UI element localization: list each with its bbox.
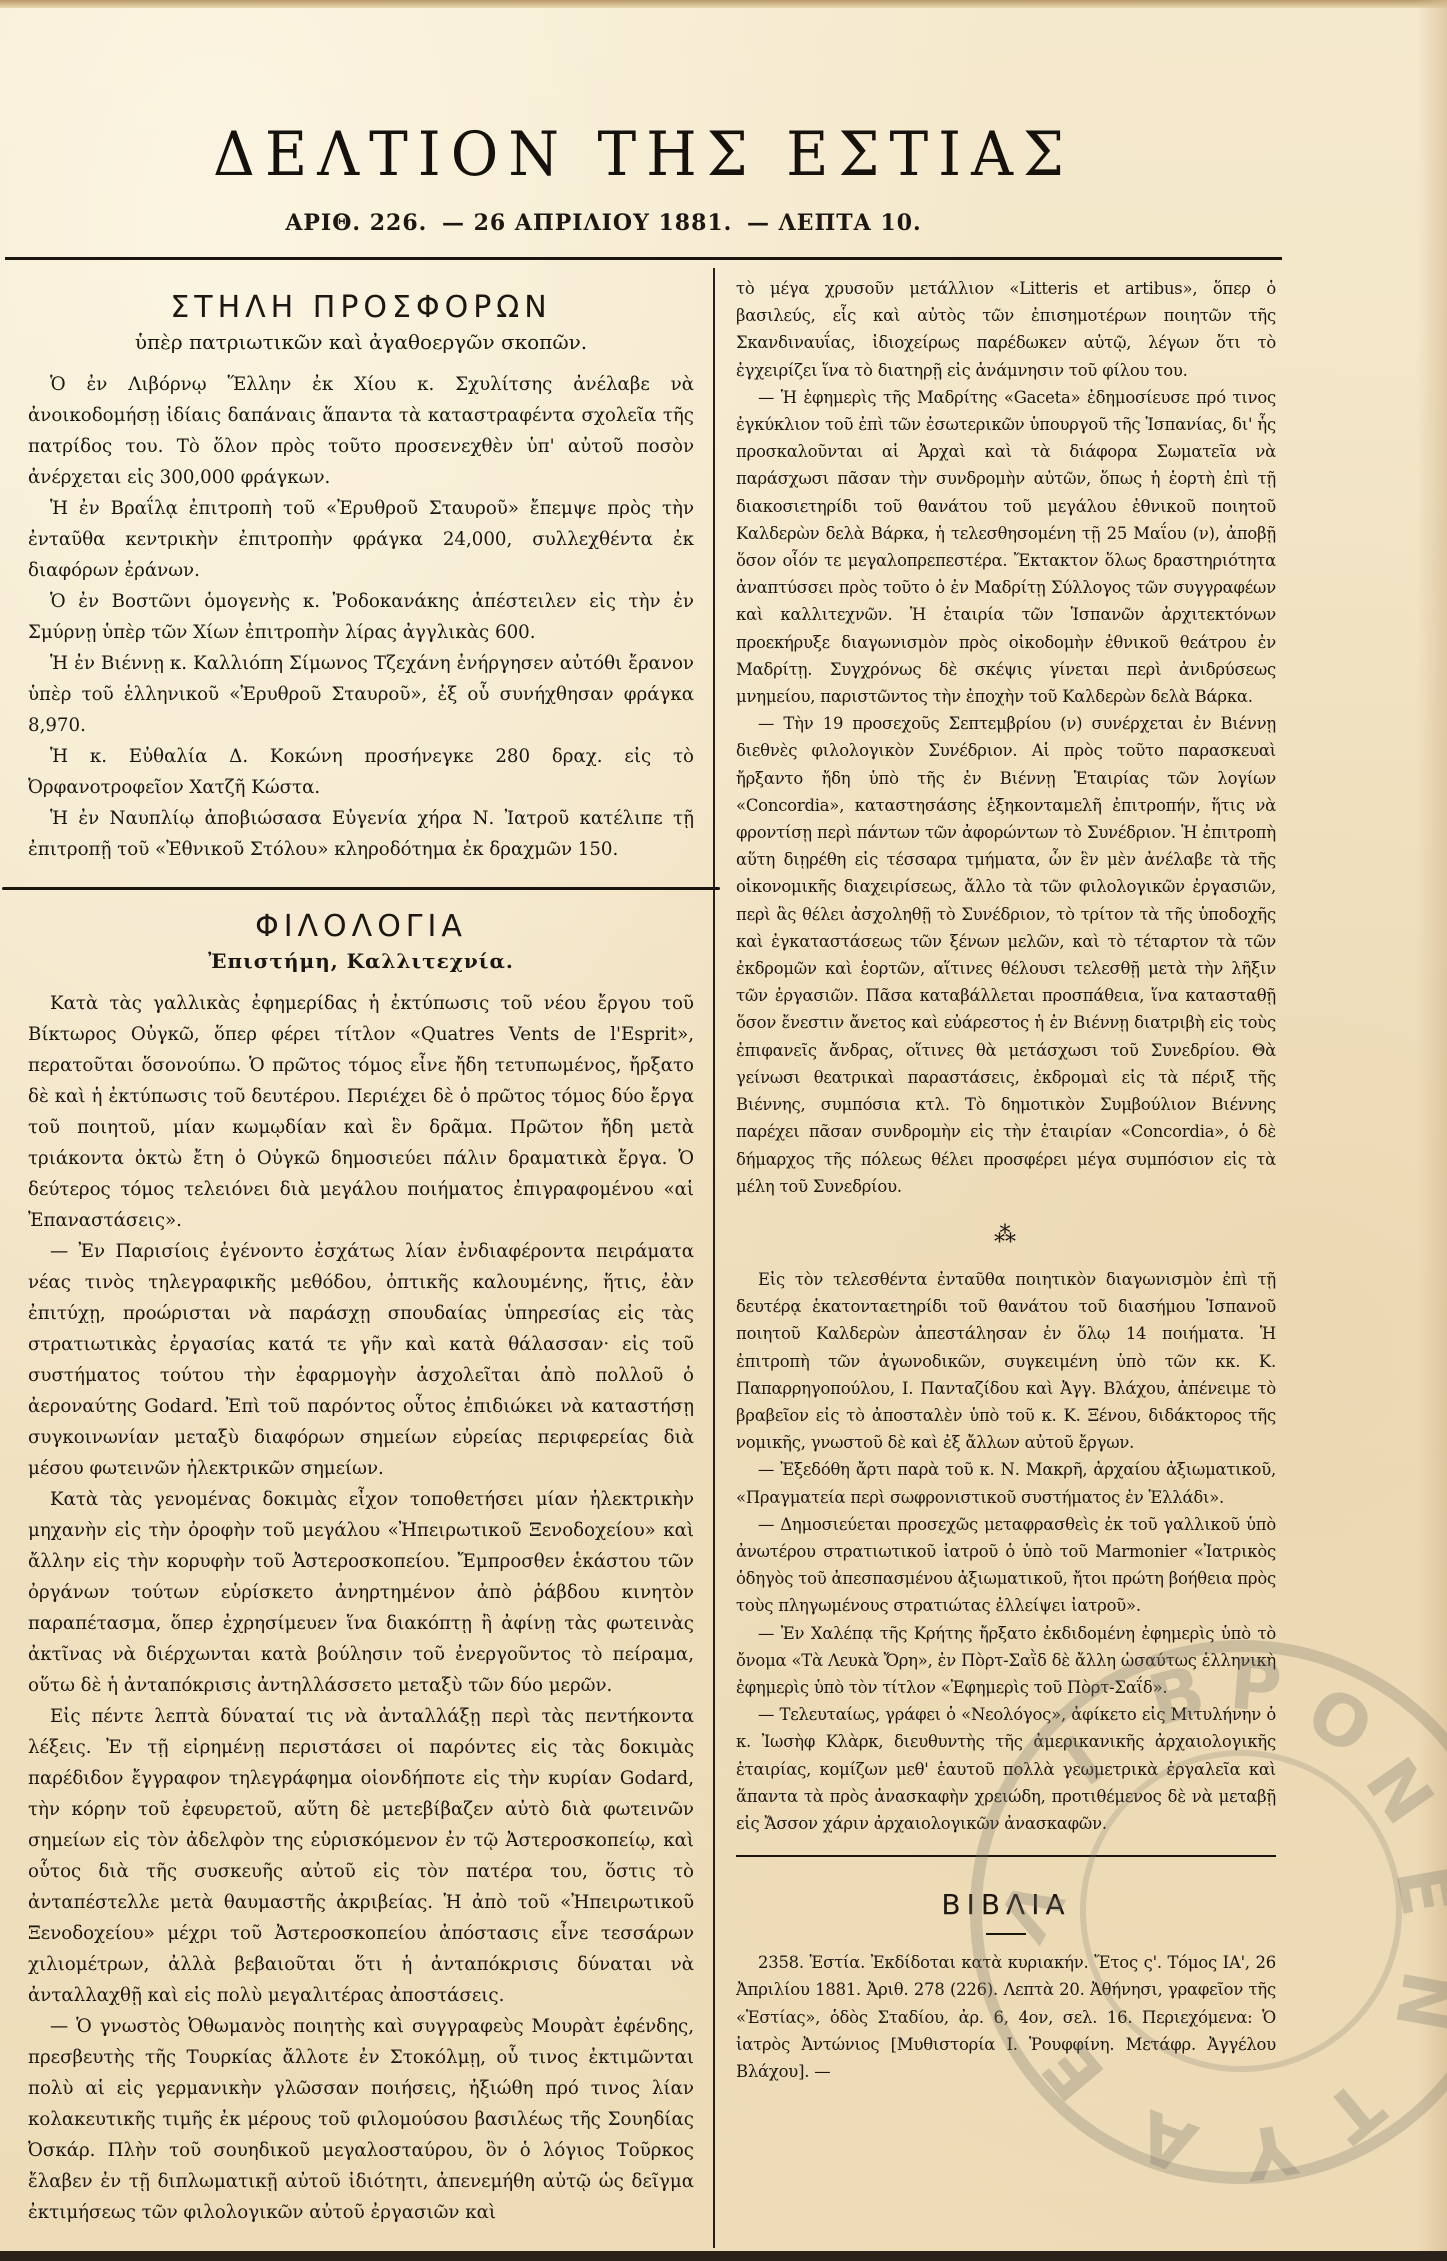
article-paragraph: — Ἡ ἐφημερὶς τῆς Μαδρίτης «Gaceta» ἐδημο… xyxy=(736,384,1276,710)
article-paragraph: τὸ μέγα χρυσοῦν μετάλλιον «Litteris et a… xyxy=(736,275,1276,384)
left-column: ΣΤΗΛΗ ΠΡΟΣΦΟΡΩΝ ὑπὲρ πατριωτικῶν καὶ ἀγα… xyxy=(28,275,694,2228)
article-paragraph: Εἰς πέντε λεπτὰ δύναταί τις νὰ ἀνταλλάξῃ… xyxy=(28,1701,694,2011)
right-column: τὸ μέγα χρυσοῦν μετάλλιον «Litteris et a… xyxy=(736,275,1276,2085)
article-paragraph: — Τὴν 19 προσεχοῦς Σεπτεμβρίου (ν) συνέρ… xyxy=(736,710,1276,1200)
article-paragraph: Εἰς τὸν τελεσθέντα ἐνταῦθα ποιητικὸν δια… xyxy=(736,1266,1276,1456)
article-paragraph: Κατὰ τὰς γαλλικὰς ἐφημερίδας ἡ ἐκτύπωσις… xyxy=(28,988,694,1236)
books-title: ΒΙΒΛΙΑ xyxy=(736,1887,1276,1923)
article-paragraph: Κατὰ τὰς γενομένας δοκιμὰς εἶχον τοποθετ… xyxy=(28,1484,694,1701)
offer-paragraph: Ἡ κ. Εὐθαλία Δ. Κοκώνη προσήνεγκε 280 δρ… xyxy=(28,741,694,803)
stamp-letter: Α xyxy=(1128,2093,1207,2189)
newspaper-title: ΔΕΛΤΙΟΝ ΤΗΣ ΕΣΤΙΑΣ xyxy=(0,118,1447,189)
page-top-edge xyxy=(0,0,1447,8)
stamp-letter: Ο xyxy=(1293,1671,1386,1772)
article-paragraph: — Ἐν Παρισίοις ἐγένοντο ἐσχάτως λίαν ἐνδ… xyxy=(28,1236,694,1484)
offer-paragraph: Ἡ ἐν Βιέννῃ κ. Καλλιόπη Σίμωνος Τζεχάνη … xyxy=(28,648,694,741)
offer-paragraph: Ὁ ἐν Λιβόρνῳ Ἕλλην ἐκ Χίου κ. Σχυλίτσης … xyxy=(28,369,694,493)
article-paragraph: — Δημοσιεύεται προσεχῶς μεταφρασθεὶς ἐκ … xyxy=(736,1511,1276,1620)
offer-paragraph: Ἡ ἐν Βραΐλᾳ ἐπιτροπὴ τοῦ «Ἐρυθροῦ Σταυρο… xyxy=(28,493,694,586)
stamp-letter: Τ xyxy=(1309,2064,1398,2158)
article-paragraph: — Τελευταίως, γράφει ὁ «Νεολόγος», ἀφίκε… xyxy=(736,1701,1276,1837)
page-bottom-edge xyxy=(0,2251,1447,2261)
offer-paragraph: Ὁ ἐν Βοστῶνι ὁμογενὴς κ. Ῥοδοκανάκης ἀπέ… xyxy=(28,586,694,648)
stamp-letter: Υ xyxy=(1238,2106,1302,2196)
page-right-edge xyxy=(1417,0,1447,2261)
books-title-dash xyxy=(986,1933,1026,1935)
offer-paragraph: Ἡ ἐν Ναυπλίῳ ἀποβιώσασα Εὐγενία χήρα Ν. … xyxy=(28,803,694,865)
header-rule xyxy=(5,257,1282,260)
section-rule xyxy=(736,1855,1276,1857)
article-paragraph: — Ὁ γνωστὸς Ὀθωμανὸς ποιητὴς καὶ συγγραφ… xyxy=(28,2011,694,2228)
column-divider xyxy=(713,268,715,2248)
asterism-separator: ⁂ xyxy=(736,1224,1276,1248)
article-paragraph: — Ἐξεδόθη ἄρτι παρὰ τοῦ κ. Ν. Μακρῆ, ἀρχ… xyxy=(736,1456,1276,1510)
offers-subtitle: ὑπὲρ πατριωτικῶν καὶ ἀγαθοεργῶν σκοπῶν. xyxy=(28,327,694,357)
section-rule xyxy=(2,887,720,890)
issue-date: — 26 ΑΠΡΙΛΙΟΥ 1881. xyxy=(439,210,735,236)
issue-number: ΑΡΙΘ. 226. xyxy=(282,210,430,236)
article-paragraph: — Ἐν Χαλέπᾳ τῆς Κρήτης ἤρξατο ἐκδιδομένη… xyxy=(736,1620,1276,1702)
issue-line: ΑΡΙΘ. 226. — 26 ΑΠΡΙΛΙΟΥ 1881. — ΛΕΠΤΑ 1… xyxy=(0,210,1327,236)
masthead-block: ΔΕΛΤΙΟΝ ΤΗΣ ΕΣΤΙΑΣ xyxy=(0,120,1447,188)
philology-title: ΦΙΛΟΛΟΓΙΑ xyxy=(28,908,694,946)
philology-section: ΦΙΛΟΛΟΓΙΑ Ἐπιστήμη, Καλλιτεχνία. Κατὰ τὰ… xyxy=(28,908,694,2228)
philology-subtitle: Ἐπιστήμη, Καλλιτεχνία. xyxy=(28,946,694,976)
offers-section: ΣΤΗΛΗ ΠΡΟΣΦΟΡΩΝ ὑπὲρ πατριωτικῶν καὶ ἀγα… xyxy=(28,289,694,865)
issue-price: — ΛΕΠΤΑ 10. xyxy=(744,210,925,236)
offers-title: ΣΤΗΛΗ ΠΡΟΣΦΟΡΩΝ xyxy=(28,289,694,327)
book-entry: 2358. Ἑστία. Ἐκδίδοται κατὰ κυριακήν. Ἔτ… xyxy=(736,1949,1276,2085)
books-section: ΒΙΒΛΙΑ 2358. Ἑστία. Ἐκδίδοται κατὰ κυρια… xyxy=(736,1887,1276,2085)
